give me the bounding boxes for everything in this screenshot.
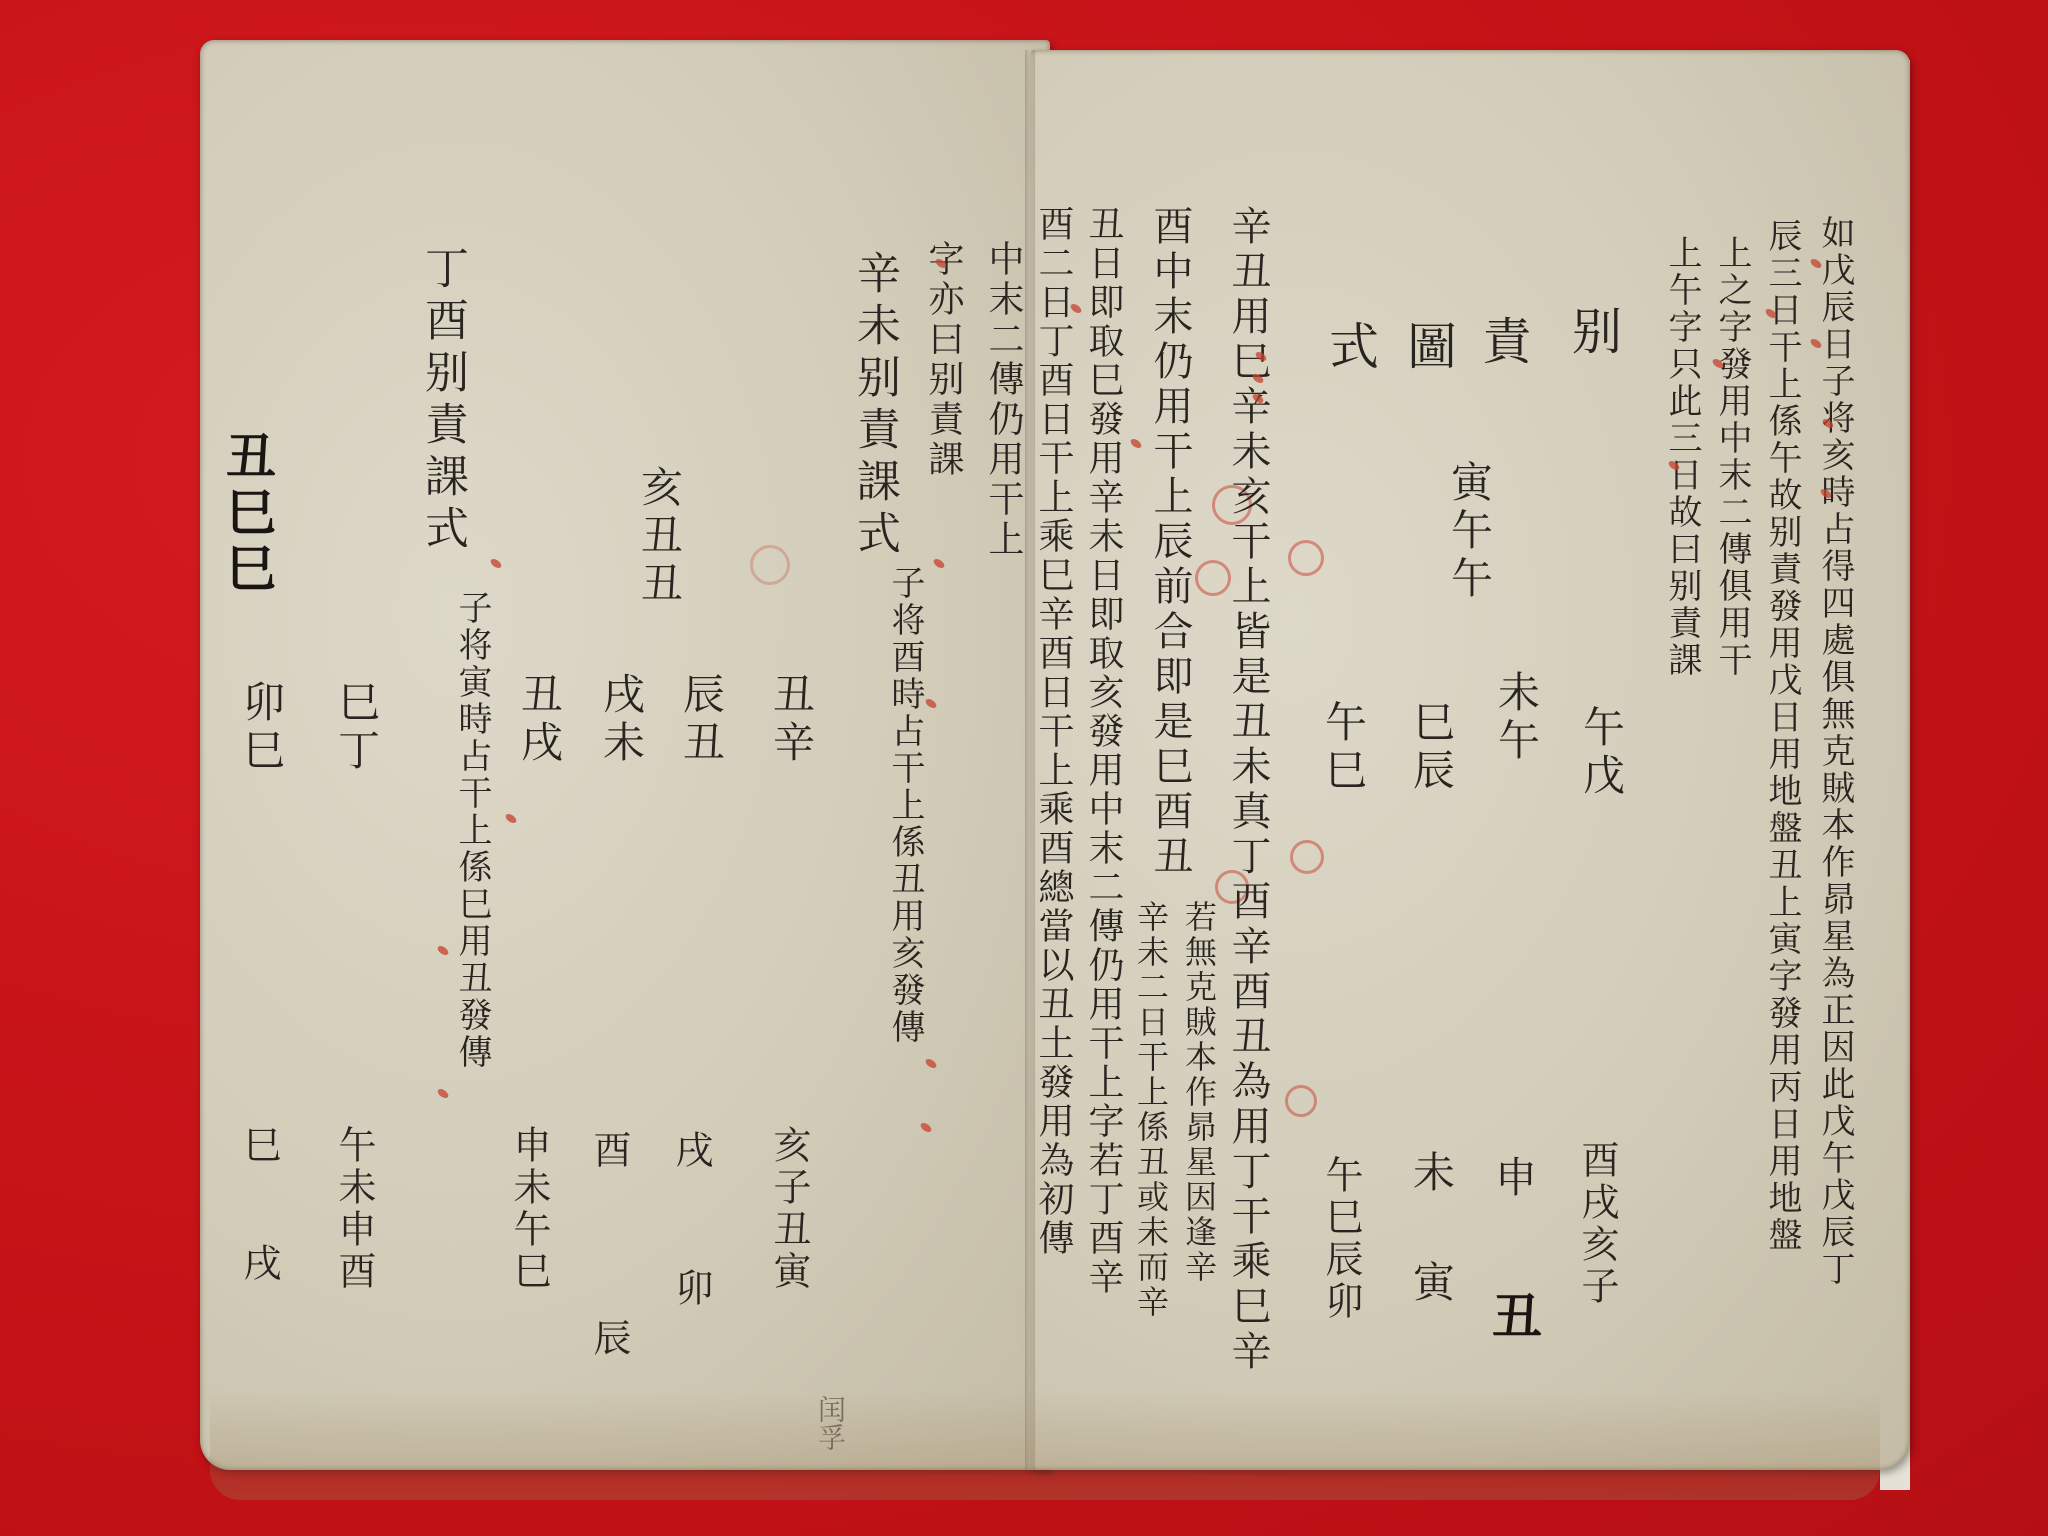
intro-column-2: 辰三日干上係午故别責發用戊日用地盤丑上寅字發用丙日用地盤 <box>1765 218 1799 1254</box>
red-circle-mark <box>1288 540 1324 576</box>
example2-top-cell: 卯巳 <box>240 680 282 776</box>
diagram-cell: 酉戌亥子 <box>1578 1140 1616 1308</box>
continuation-column-2: 字亦曰别責課 <box>925 240 961 480</box>
diagram-cell: 巳辰 <box>1410 700 1452 796</box>
body-column-2: 酉中末仍用干上辰前合即是巳酉丑 <box>1150 205 1190 880</box>
body-note-2: 辛未二日干上係丑或未而辛 <box>1135 900 1167 1320</box>
example1-top-cell: 丑辛 <box>770 672 812 768</box>
diagram-cell: 丑 <box>1488 1290 1538 1350</box>
example1-title: 辛未别責課式 <box>852 250 896 562</box>
heading-char-bie: 别 <box>1568 305 1618 365</box>
example2-bottom-cell: 巳戌 <box>240 1125 278 1361</box>
example1-bottom-cell: 亥子丑寅 <box>770 1125 808 1293</box>
heading-char-shi: 式 <box>1325 320 1375 380</box>
example1-top-cell: 戌未 <box>600 672 642 768</box>
red-circle-mark <box>1285 1085 1317 1117</box>
diagram-cell: 寅午午 <box>1448 460 1490 604</box>
diagram-cell: 寅 <box>1410 1260 1452 1308</box>
red-circle-mark <box>750 545 790 585</box>
gutter-stamp: 闰孚 <box>810 1395 850 1451</box>
red-circle-mark <box>1290 840 1324 874</box>
diagram-cell: 午巳辰卯 <box>1322 1155 1360 1323</box>
example1-bottom-cell: 戌卯 <box>672 1130 710 1406</box>
example2-note: 子将寅時占干上係巳用丑發傳 <box>455 590 489 1071</box>
body-column-3: 丑日即取巳發用辛未日即取亥發用中末二傳仍用干上字若丁酉辛 <box>1085 205 1121 1297</box>
example1-upper: 亥丑丑 <box>638 465 680 609</box>
body-note-1: 若無克賊本作昴星因逢辛 <box>1183 900 1215 1285</box>
example2-upper: 丑巳巳 <box>222 430 272 598</box>
example1-note: 子将酉時占干上係丑用亥發傳 <box>888 565 922 1046</box>
diagram-cell: 申 <box>1492 1155 1534 1203</box>
example2-bottom-cell: 午未申酉 <box>335 1125 373 1293</box>
intro-column-3: 上之字發用中末二傳俱用干 <box>1715 235 1749 679</box>
example2-top-cell: 巳丁 <box>335 680 377 776</box>
worn-bottom-edge <box>210 1390 1880 1500</box>
diagram-cell: 未 <box>1410 1150 1452 1198</box>
body-column-4: 酉二日丁酉日干上乘巳辛酉日干上乘酉總當以丑土發用為初傳 <box>1035 205 1071 1258</box>
intro-column-1: 如戊辰日子将亥時占得四處俱無克賊本作昴星為正因此戊午戊辰丁 <box>1818 215 1852 1288</box>
intro-column-4: 上午字只此三日故曰别責課 <box>1665 235 1699 679</box>
diagram-cell: 午巳 <box>1322 700 1364 796</box>
diagram-cell: 未午 <box>1495 670 1537 766</box>
example2-title: 丁酉别責課式 <box>420 245 464 557</box>
heading-char-ze: 責 <box>1478 315 1528 375</box>
example1-bottom-cell: 申未午巳 <box>510 1125 548 1293</box>
heading-char-tu: 圖 <box>1403 320 1453 380</box>
continuation-column-1: 中末二傳仍用干上 <box>985 240 1021 560</box>
example1-top-cell: 丑戌 <box>518 672 560 768</box>
diagram-cell: 午戊 <box>1580 705 1622 801</box>
example1-top-cell: 辰丑 <box>680 672 722 768</box>
example1-bottom-cell: 酉辰 <box>590 1130 628 1506</box>
